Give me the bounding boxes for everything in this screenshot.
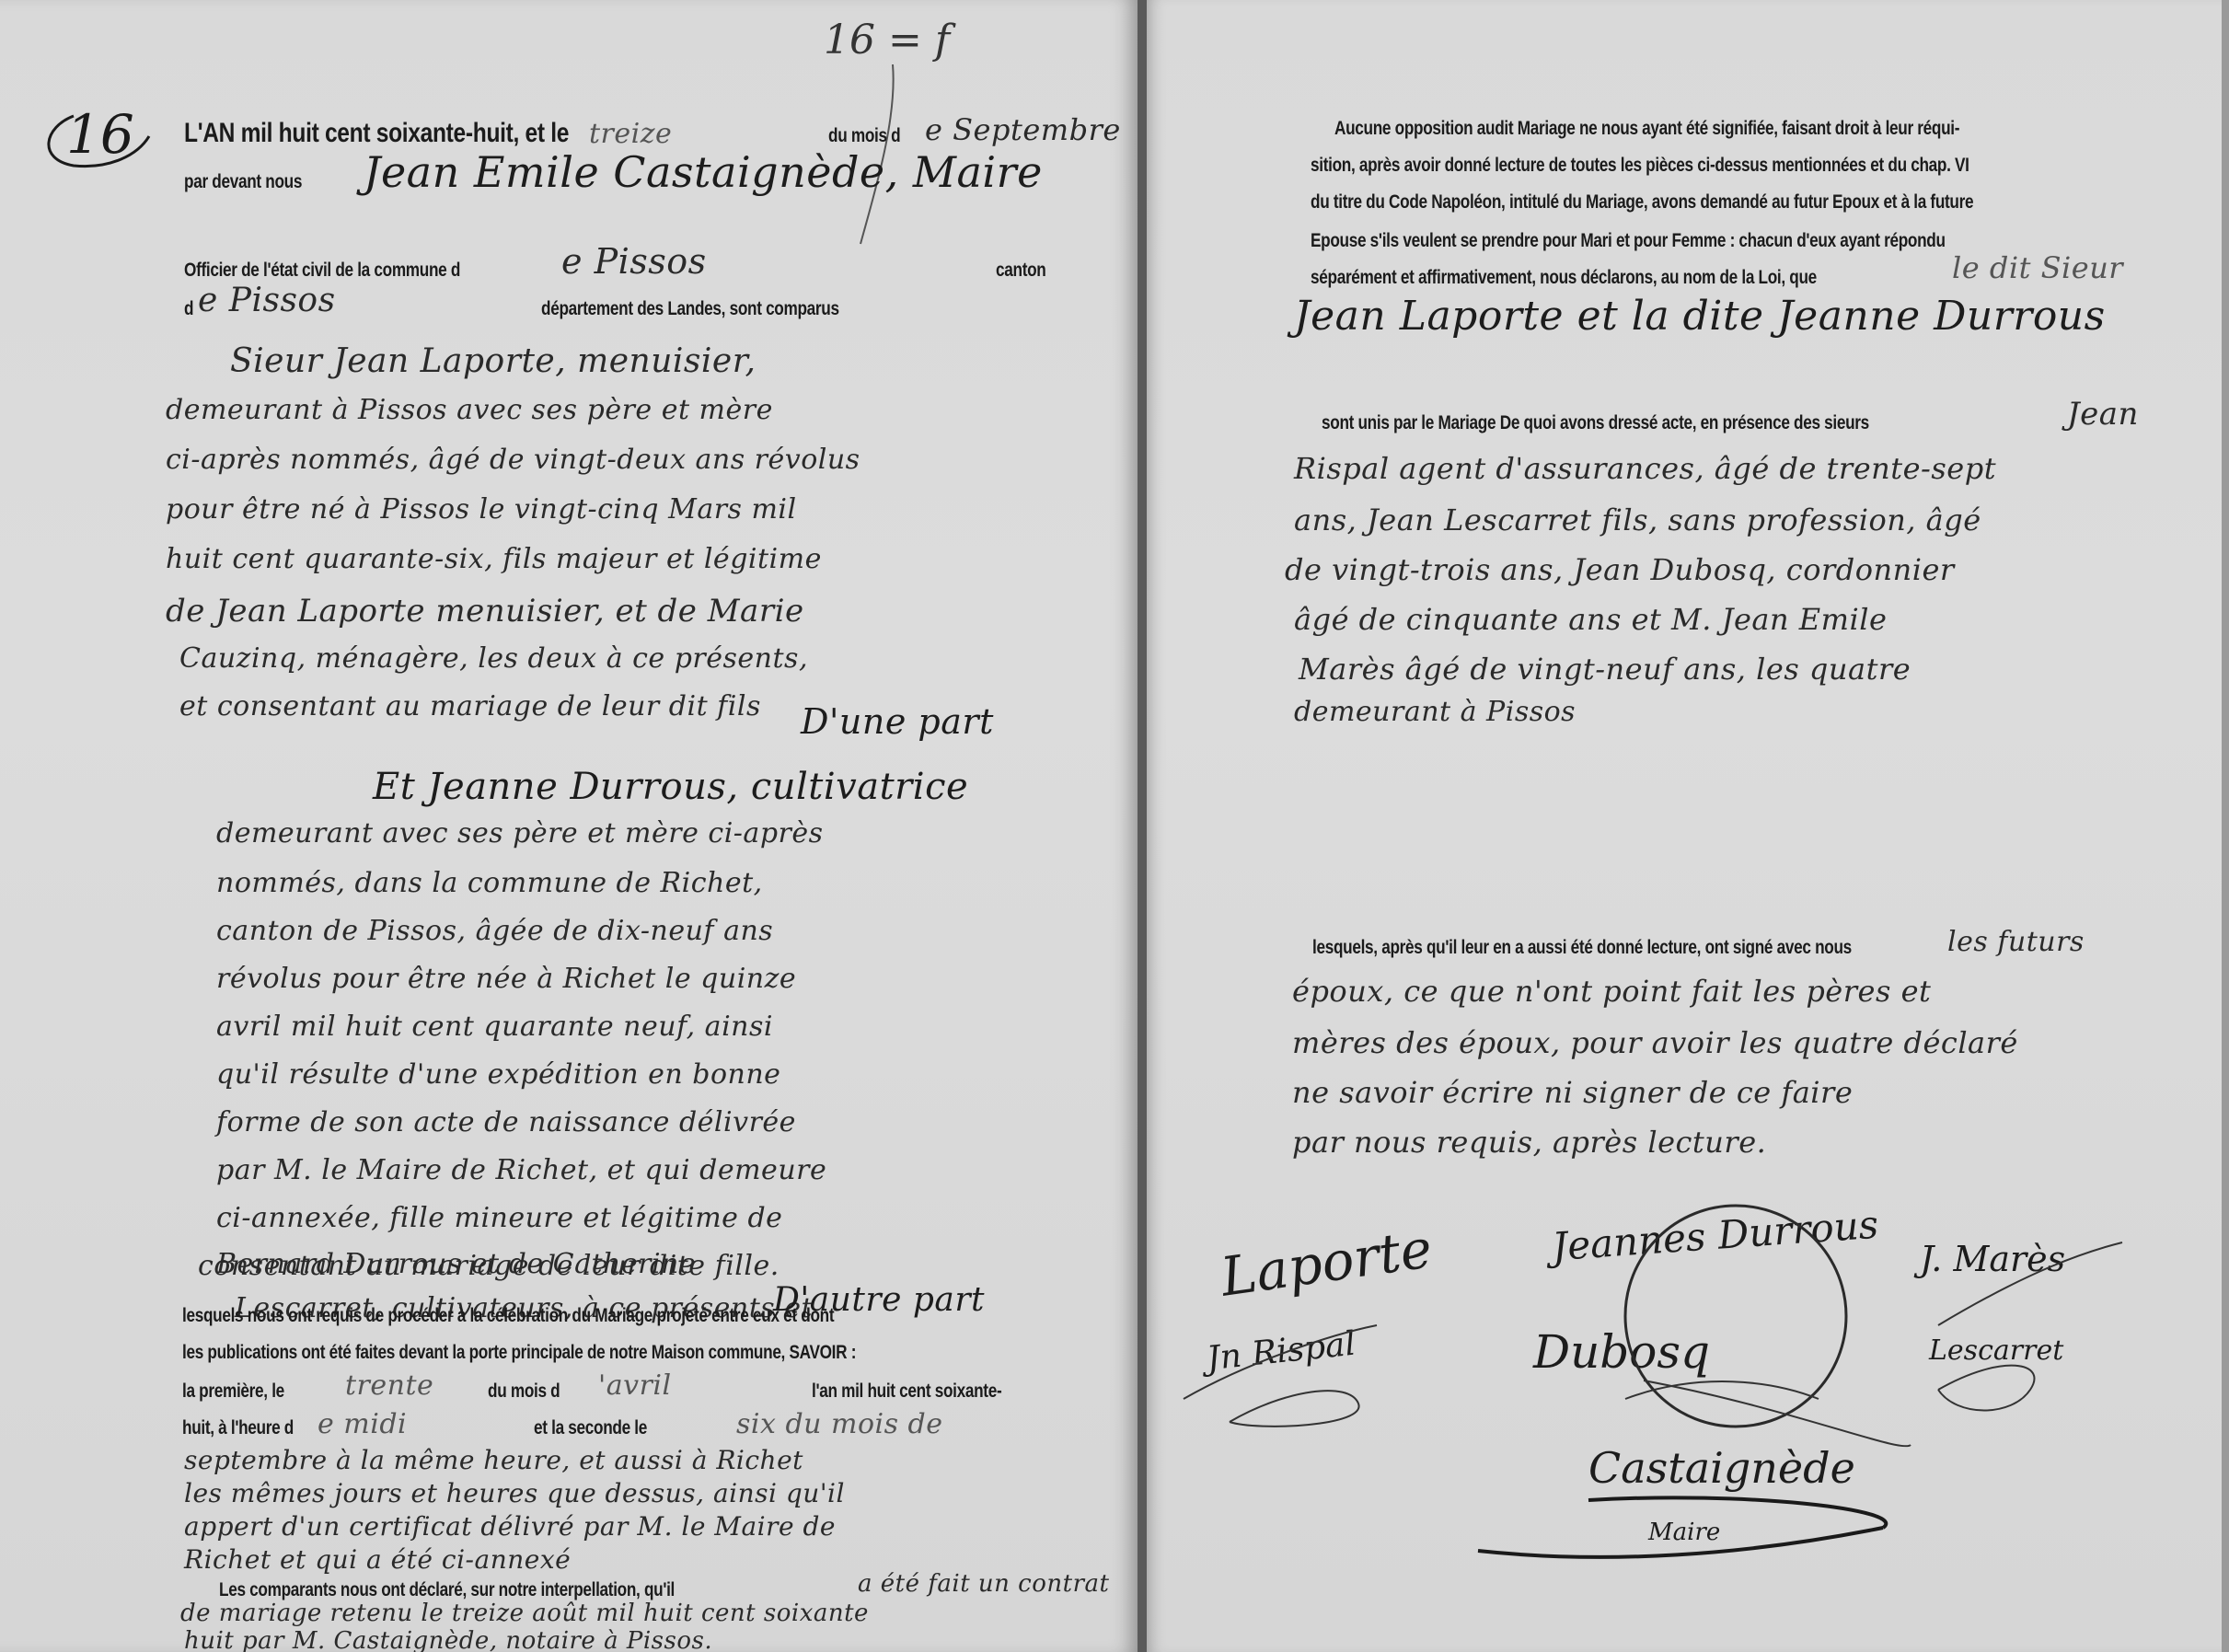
act-number-text: 16 <box>66 103 134 166</box>
right-printed-line: Aucune opposition audit Mariage ne nous … <box>1334 118 1959 140</box>
header-line-2: par devant nous <box>184 171 302 193</box>
right-printed-line: séparément et affirmativement, nous décl… <box>1311 267 1817 289</box>
header-line-1: L'AN mil huit cent soixante-huit, et le <box>184 118 569 149</box>
hand-pub-day: trente <box>345 1369 433 1402</box>
bride-line: forme de son acte de naissance délivrée <box>216 1106 796 1138</box>
bride-line: nommés, dans la commune de Richet, <box>216 867 763 899</box>
publications-hand-line: les mêmes jours et heures que dessus, ai… <box>184 1478 845 1508</box>
act-number: 16 <box>37 109 147 164</box>
signing-printed: lesquels, après qu'il leur en a aussi ét… <box>1312 937 1852 959</box>
bride-line: avril mil huit cent quarante neuf, ainsi <box>216 1011 773 1043</box>
header-canton-label: canton <box>996 260 1045 282</box>
hand-day: treize <box>589 118 672 150</box>
bride-line: Et Jeanne Durrous, cultivatrice <box>373 766 968 808</box>
header-line-4b: département des Landes, sont comparus <box>541 298 839 320</box>
declaration-hand-line: a été fait un contrat <box>858 1570 1109 1598</box>
hand-commune: e Pissos <box>561 241 707 282</box>
signature-flourishes-icon <box>1147 1178 2229 1652</box>
groom-line: Cauzinq, ménagère, les deux à ce présent… <box>179 642 808 675</box>
hand-pub-second: six du mois de <box>736 1408 943 1440</box>
bride-line: consentant au mariage de leur dite fille… <box>198 1250 780 1282</box>
hand-pub-month: 'avril <box>598 1369 672 1402</box>
hand-pub-hour: e midi <box>318 1408 407 1440</box>
witness-line: demeurant à Pissos <box>1294 696 1576 728</box>
groom-line: ci-après nommés, âgé de vingt-deux ans r… <box>166 444 860 476</box>
publications-hand-line: appert d'un certificat délivré par M. le… <box>184 1511 836 1542</box>
witness-printed: sont unis par le Mariage De quoi avons d… <box>1322 412 1869 434</box>
right-page: Aucune opposition audit Mariage ne nous … <box>1147 0 2229 1652</box>
signing-hand-start: les futurs <box>1947 926 2085 958</box>
header-line-3: Officier de l'état civil de la commune d <box>184 260 460 282</box>
groom-line: huit cent quarante-six, fils majeur et l… <box>166 543 822 575</box>
publications-hand-line: Richet et qui a été ci-annexé <box>184 1544 571 1575</box>
witness-line: de vingt-trois ans, Jean Dubosq, cordonn… <box>1285 552 1955 587</box>
union-hand-b: Jean Laporte et la dite Jeanne Durrous <box>1294 293 2106 340</box>
right-printed-line: sition, après avoir donné lecture de tou… <box>1311 155 1969 177</box>
bride-line: demeurant avec ses père et mère ci-après <box>216 817 824 849</box>
bride-line: par M. le Maire de Richet, et qui demeur… <box>216 1154 826 1186</box>
witness-line: Marès âgé de vingt-neuf ans, les quatre <box>1299 652 1911 687</box>
publications-hand-line: septembre à la même heure, et aussi à Ri… <box>184 1445 803 1475</box>
folio-mark: 16 = f <box>824 17 950 64</box>
publications-line-2: les publications ont été faites devant l… <box>182 1342 856 1364</box>
declaration-hand-line: de mariage retenu le treize août mil hui… <box>180 1600 869 1627</box>
signing-line: mères des époux, pour avoir les quatre d… <box>1292 1025 2018 1060</box>
bride-line: révolus pour être née à Richet le quinze <box>216 963 796 995</box>
groom-line: Sieur Jean Laporte, menuisier, <box>230 342 756 380</box>
publications-line-4b: et la seconde le <box>534 1417 647 1439</box>
groom-line: demeurant à Pissos avec ses père et mère <box>166 394 773 426</box>
header-month-label: du mois d <box>828 125 900 147</box>
bride-line: ci-annexée, fille mineure et légitime de <box>216 1202 782 1234</box>
header-line-4a: d <box>184 298 193 320</box>
signing-line: ne savoir écrire ni signer de ce faire <box>1292 1075 1853 1110</box>
signing-line: par nous requis, après lecture. <box>1292 1125 1766 1160</box>
hand-month: e Septembre <box>925 112 1121 147</box>
publications-line-4a: huit, à l'heure d <box>182 1417 294 1439</box>
bride-line: qu'il résulte d'une expédition en bonne <box>216 1058 780 1091</box>
groom-closing: D'une part <box>801 701 994 742</box>
witness-line: ans, Jean Lescarret fils, sans professio… <box>1294 503 1981 537</box>
scan-right-edge <box>2222 0 2229 1652</box>
left-page: 16 16 = f L'AN mil huit cent soixante-hu… <box>0 0 1138 1652</box>
declaration-printed: Les comparants nous ont déclaré, sur not… <box>219 1579 675 1601</box>
bride-line: canton de Pissos, âgée de dix-neuf ans <box>216 915 773 947</box>
union-hand-a: le dit Sieur <box>1952 250 2123 285</box>
groom-line: de Jean Laporte menuisier, et de Marie <box>166 593 804 630</box>
book-gutter <box>1138 0 1147 1652</box>
signing-line: époux, ce que n'ont point fait les pères… <box>1292 974 1931 1009</box>
hand-canton: e Pissos <box>198 282 336 319</box>
hand-mayor-name: Jean Emile Castaignède, Maire <box>364 147 1043 197</box>
groom-line: et consentant au mariage de leur dit fil… <box>179 690 761 722</box>
groom-line: pour être né à Pissos le vingt-cinq Mars… <box>166 493 797 526</box>
publications-line-3c: l'an mil huit cent soixante- <box>812 1381 1001 1403</box>
publications-line-1: lesquels nous ont requis de procéder à l… <box>182 1305 834 1327</box>
witness-line: âgé de cinquante ans et M. Jean Emile <box>1294 602 1887 637</box>
witness-line: Rispal agent d'assurances, âgé de trente… <box>1294 451 1996 486</box>
right-printed-line: du titre du Code Napoléon, intitulé du M… <box>1311 191 1973 214</box>
witness-hand-start: Jean <box>2067 396 2139 433</box>
right-printed-line: Epouse s'ils veulent se prendre pour Mar… <box>1311 230 1946 252</box>
publications-line-3a: la première, le <box>182 1381 284 1403</box>
publications-line-3b: du mois d <box>488 1381 560 1403</box>
declaration-hand-line: huit par M. Castaignède, notaire à Pisso… <box>184 1627 712 1652</box>
